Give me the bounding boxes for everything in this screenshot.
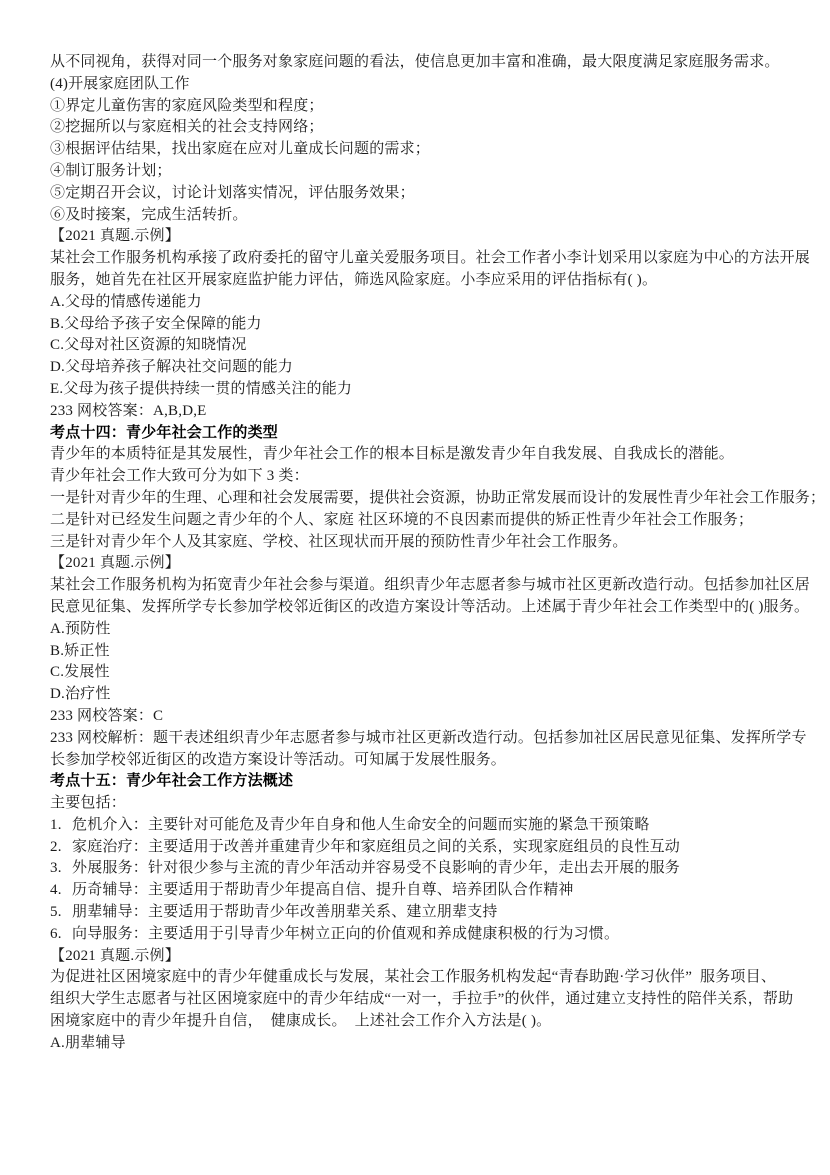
analysis-line: 233 网校解析：题干表述组织青少年志愿者参与城市社区更新改造行动。包括参加社区…	[50, 728, 780, 750]
method-text: 向导服务：主要适用于引导青少年树立正向的价值观和养成健康积极的行为习惯。	[72, 926, 619, 942]
step-line-2: ②挖掘所以与家庭相关的社会支持网络；	[50, 117, 780, 139]
step-line-5: ⑤定期召开会议，讨论计划落实情况，评估服务效果；	[50, 183, 780, 205]
option-line-c: C.父母对社区资源的知晓情况	[50, 335, 780, 357]
question-stem-line: 为促进社区困境家庭中的青少年健重成长与发展，某社会工作服务机构发起“青春助跑·学…	[50, 967, 780, 989]
method-number: 5.	[50, 902, 72, 924]
method-text: 外展服务：针对很少参与主流的青少年活动并容易受不良影响的青少年，走出去开展的服务	[72, 860, 680, 876]
option-line-a: A.父母的情感传递能力	[50, 292, 780, 314]
body-line: 青少年社会工作大致可分为如下 3 类：	[50, 466, 780, 488]
body-line: 主要包括：	[50, 793, 780, 815]
question-stem-line: 困境家庭中的青少年提升自信， 健康成长。 上述社会工作介入方法是( )。	[50, 1011, 780, 1033]
question-stem-line: 服务，她首先在社区开展家庭监护能力评估，筛选风险家庭。小李应采用的评估指标有( …	[50, 270, 780, 292]
method-number: 1.	[50, 815, 72, 837]
method-number: 2.	[50, 837, 72, 859]
method-item: 2.家庭治疗：主要适用于改善并重建青少年和家庭组员之间的关系，实现家庭组员的良性…	[50, 837, 780, 859]
option-line-d: D.父母培养孩子解决社交问题的能力	[50, 357, 780, 379]
method-item: 3.外展服务：针对很少参与主流的青少年活动并容易受不良影响的青少年，走出去开展的…	[50, 858, 780, 880]
method-text: 历奇辅导：主要适用于帮助青少年提高自信、提升自尊、培养团队合作精神	[72, 882, 574, 898]
body-line: 三是针对青少年个人及其家庭、学校、社区现状而开展的预防性青少年社会工作服务。	[50, 532, 780, 554]
body-line: 二是针对已经发生问题之青少年的个人、家庭 社区环境的不良因素而提供的矫正性青少年…	[50, 510, 780, 532]
exam-tag: 【2021 真题.示例】	[50, 946, 780, 968]
analysis-line: 长参加学校邻近街区的改造方案设计等活动。可知属于发展性服务。	[50, 750, 780, 772]
method-number: 6.	[50, 924, 72, 946]
step-line-3: ③根据评估结果，找出家庭在应对儿童成长问题的需求；	[50, 139, 780, 161]
option-line-e: E.父母为孩子提供持续一贯的情感关注的能力	[50, 379, 780, 401]
intro-lead-line: 从不同视角，获得对同一个服务对象家庭问题的看法，使信息更加丰富和准确，最大限度满…	[50, 52, 780, 74]
option-line-b: B.矫正性	[50, 641, 780, 663]
step-line-1: ①界定儿童伤害的家庭风险类型和程度；	[50, 96, 780, 118]
topic14-heading: 考点十四：青少年社会工作的类型	[50, 423, 780, 445]
method-item: 6.向导服务：主要适用于引导青少年树立正向的价值观和养成健康积极的行为习惯。	[50, 924, 780, 946]
option-line-c: C.发展性	[50, 662, 780, 684]
method-text: 朋辈辅导：主要适用于帮助青少年改善朋辈关系、建立朋辈支持	[72, 904, 498, 920]
question-stem-line: 组织大学生志愿者与社区困境家庭中的青少年结成“一对一，手拉手”的伙伴，通过建立支…	[50, 989, 780, 1011]
document-page: 从不同视角，获得对同一个服务对象家庭问题的看法，使信息更加丰富和准确，最大限度满…	[0, 0, 830, 1175]
method-text: 家庭治疗：主要适用于改善并重建青少年和家庭组员之间的关系，实现家庭组员的良性互动	[72, 839, 680, 855]
body-line: 一是针对青少年的生理、心理和社会发展需要，提供社会资源，协助正常发展而设计的发展…	[50, 488, 780, 510]
answer-line: 233 网校答案：C	[50, 706, 780, 728]
exam-tag: 【2021 真题.示例】	[50, 226, 780, 248]
method-text: 危机介入：主要针对可能危及青少年自身和他人生命安全的问题而实施的紧急干预策略	[72, 817, 650, 833]
method-number: 3.	[50, 858, 72, 880]
option-line-a: A.朋辈辅导	[50, 1033, 780, 1055]
question-stem-line: 民意见征集、发挥所学专长参加学校邻近街区的改造方案设计等活动。上述属于青少年社会…	[50, 597, 780, 619]
topic15-heading: 考点十五：青少年社会工作方法概述	[50, 771, 780, 793]
option-line-a: A.预防性	[50, 619, 780, 641]
step-line-6: ⑥及时接案，完成生活转折。	[50, 205, 780, 227]
option-line-b: B.父母给予孩子安全保障的能力	[50, 314, 780, 336]
body-line: 青少年的本质特征是其发展性，青少年社会工作的根本目标是激发青少年自我发展、自我成…	[50, 444, 780, 466]
question-stem-line: 某社会工作服务机构承接了政府委托的留守儿童关爱服务项目。社会工作者小李计划采用以…	[50, 248, 780, 270]
question-stem-line: 某社会工作服务机构为拓宽青少年社会参与渠道。组织青少年志愿者参与城市社区更新改造…	[50, 575, 780, 597]
step-line-4: ④制订服务计划；	[50, 161, 780, 183]
method-number: 4.	[50, 880, 72, 902]
option-line-d: D.治疗性	[50, 684, 780, 706]
method-item: 5.朋辈辅导：主要适用于帮助青少年改善朋辈关系、建立朋辈支持	[50, 902, 780, 924]
document-content: 从不同视角，获得对同一个服务对象家庭问题的看法，使信息更加丰富和准确，最大限度满…	[0, 0, 830, 1055]
intro-subheading: (4)开展家庭团队工作	[50, 74, 780, 96]
exam-tag: 【2021 真题.示例】	[50, 553, 780, 575]
method-item: 1.危机介入：主要针对可能危及青少年自身和他人生命安全的问题而实施的紧急干预策略	[50, 815, 780, 837]
answer-line: 233 网校答案：A,B,D,E	[50, 401, 780, 423]
method-item: 4.历奇辅导：主要适用于帮助青少年提高自信、提升自尊、培养团队合作精神	[50, 880, 780, 902]
